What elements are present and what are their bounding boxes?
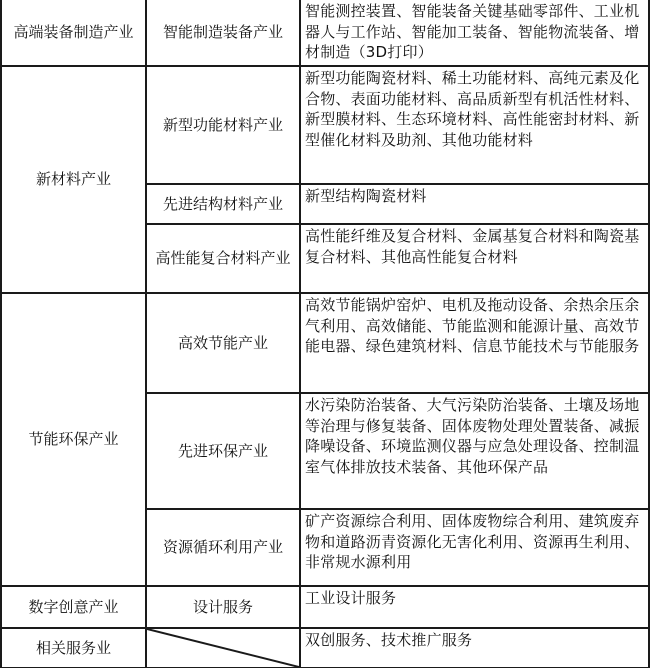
diagonal-line-icon	[147, 629, 299, 667]
category-cell: 相关服务业	[1, 628, 146, 668]
table-row: 相关服务业 双创服务、技术推广服务	[1, 628, 649, 668]
subcategory-cell: 先进结构材料产业	[146, 184, 300, 224]
description-cell: 智能测控装置、智能装备关键基础零部件、工业机器人与工作站、智能加工装备、智能物流…	[300, 0, 649, 66]
subcategory-cell: 高效节能产业	[146, 293, 300, 393]
category-cell: 节能环保产业	[1, 293, 146, 586]
subcategory-cell: 设计服务	[146, 586, 300, 628]
table-row: 数字创意产业 设计服务 工业设计服务	[1, 586, 649, 628]
subcategory-cell: 资源循环利用产业	[146, 509, 300, 586]
empty-diagonal-cell	[146, 628, 300, 668]
description-cell: 工业设计服务	[300, 586, 649, 628]
table-row: 新材料产业 新型功能材料产业 新型功能陶瓷材料、稀土功能材料、高纯元素及化合物、…	[1, 66, 649, 184]
description-cell: 新型功能陶瓷材料、稀土功能材料、高纯元素及化合物、表面功能材料、高品质新型有机活…	[300, 66, 649, 184]
description-cell: 双创服务、技术推广服务	[300, 628, 649, 668]
subcategory-cell: 新型功能材料产业	[146, 66, 300, 184]
category-cell: 高端装备制造产业	[1, 0, 146, 66]
subcategory-cell: 高性能复合材料产业	[146, 224, 300, 293]
subcategory-cell: 智能制造装备产业	[146, 0, 300, 66]
category-cell: 数字创意产业	[1, 586, 146, 628]
description-cell: 高效节能锅炉窑炉、电机及拖动设备、余热余压余气利用、高效储能、节能监测和能源计量…	[300, 293, 649, 393]
industry-classification-table: 高端装备制造产业 智能制造装备产业 智能测控装置、智能装备关键基础零部件、工业机…	[0, 0, 650, 668]
category-cell: 新材料产业	[1, 66, 146, 293]
description-cell: 矿产资源综合利用、固体废物综合利用、建筑废弃物和道路沥青资源化无害化利用、资源再…	[300, 509, 649, 586]
description-cell: 高性能纤维及复合材料、金属基复合材料和陶瓷基复合材料、其他高性能复合材料	[300, 224, 649, 293]
description-cell: 水污染防治装备、大气污染防治装备、土壤及场地等治理与修复装备、固体废物处理处置装…	[300, 393, 649, 509]
subcategory-cell: 先进环保产业	[146, 393, 300, 509]
table-row: 高端装备制造产业 智能制造装备产业 智能测控装置、智能装备关键基础零部件、工业机…	[1, 0, 649, 66]
table-row: 节能环保产业 高效节能产业 高效节能锅炉窑炉、电机及拖动设备、余热余压余气利用、…	[1, 293, 649, 393]
description-cell: 新型结构陶瓷材料	[300, 184, 649, 224]
